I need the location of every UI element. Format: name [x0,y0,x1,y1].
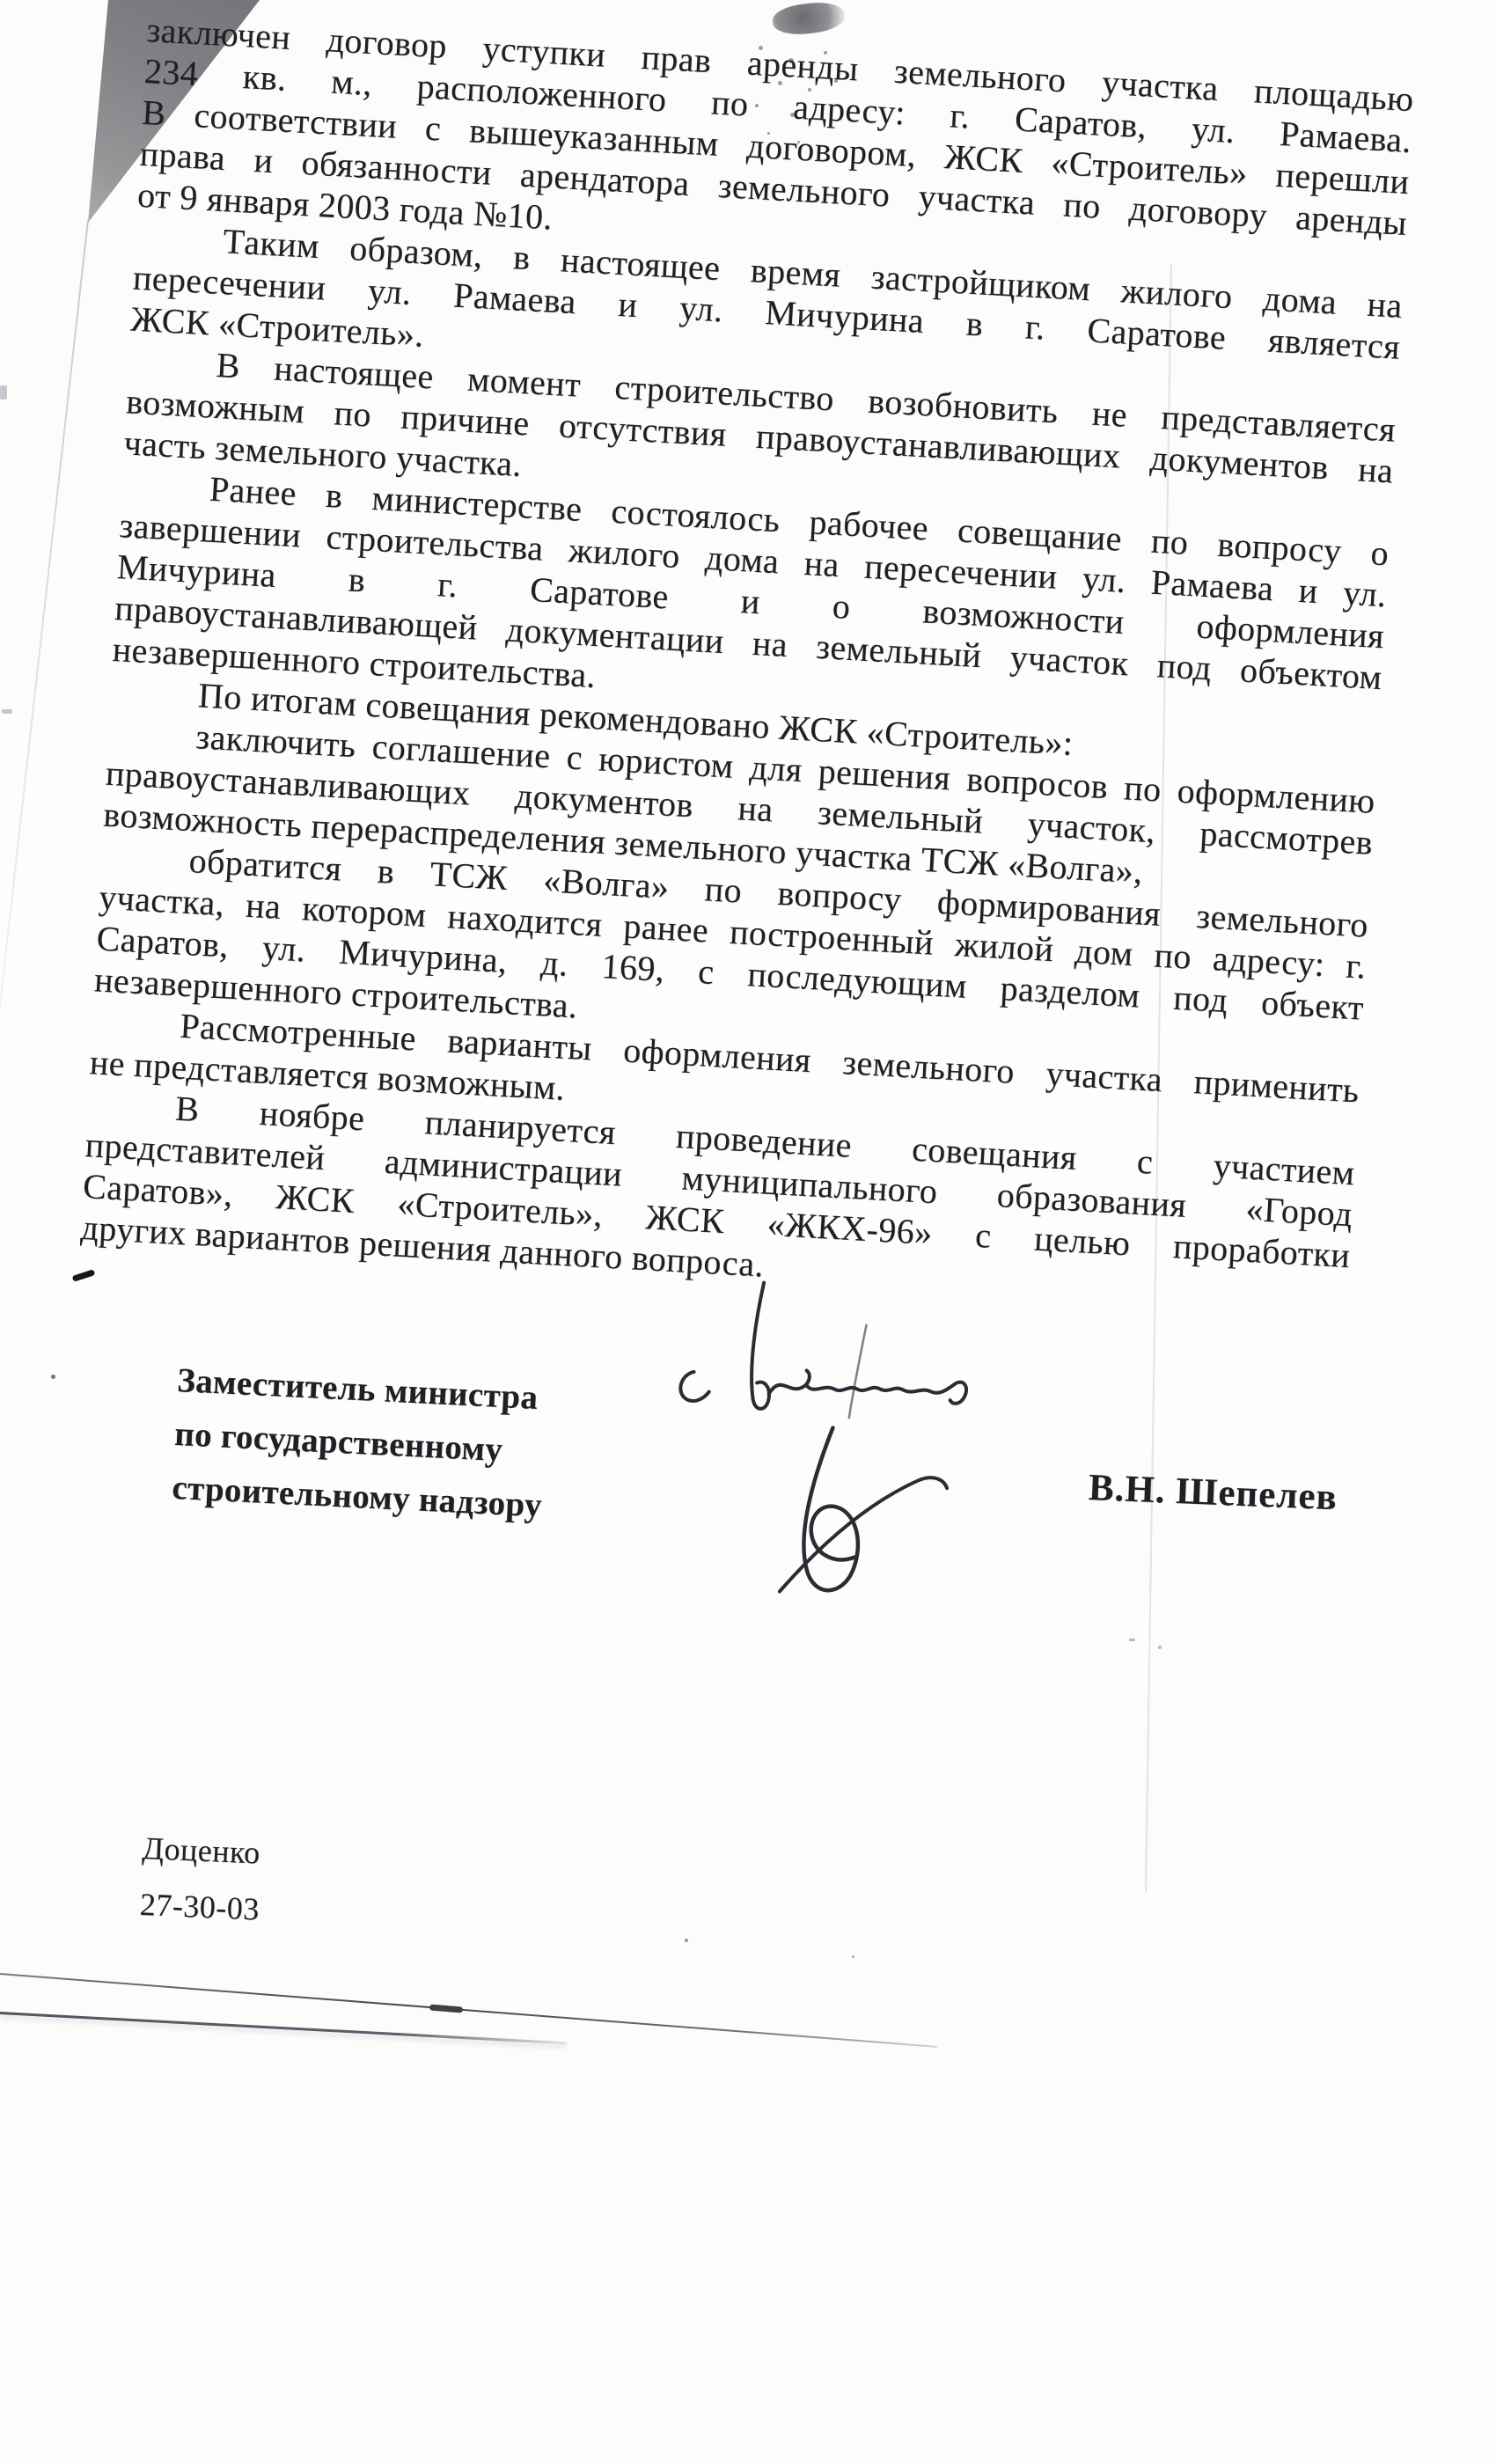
edge-mark [0,385,7,400]
ink-smudge [771,0,846,37]
edge-mark [2,709,12,714]
signature-scribble [654,1265,1035,1612]
ink-speck [685,1939,688,1942]
executor-footer: Доценко 27-30-03 [139,1820,263,1938]
pen-tick-mark [72,1269,96,1282]
ink-speck [51,1375,55,1379]
sheet-edge-line [0,2012,567,2044]
page-edge-line [0,220,89,1012]
scanned-document-page: заключен договор уступки прав аренды зем… [0,0,1496,2464]
sheet-edge-blob [429,2005,463,2013]
document-body: заключен договор уступки прав аренды зем… [80,9,1415,1317]
ink-speck [1129,1639,1135,1641]
ink-speck [1158,1646,1162,1649]
executor-name: Доценко [141,1820,263,1881]
signer-title: Заместитель министра по государственному… [171,1353,635,1536]
signer-name: В.Н. Шепелев [1088,1466,1338,1519]
ink-speck [852,1955,854,1958]
executor-phone: 27-30-03 [139,1876,261,1938]
